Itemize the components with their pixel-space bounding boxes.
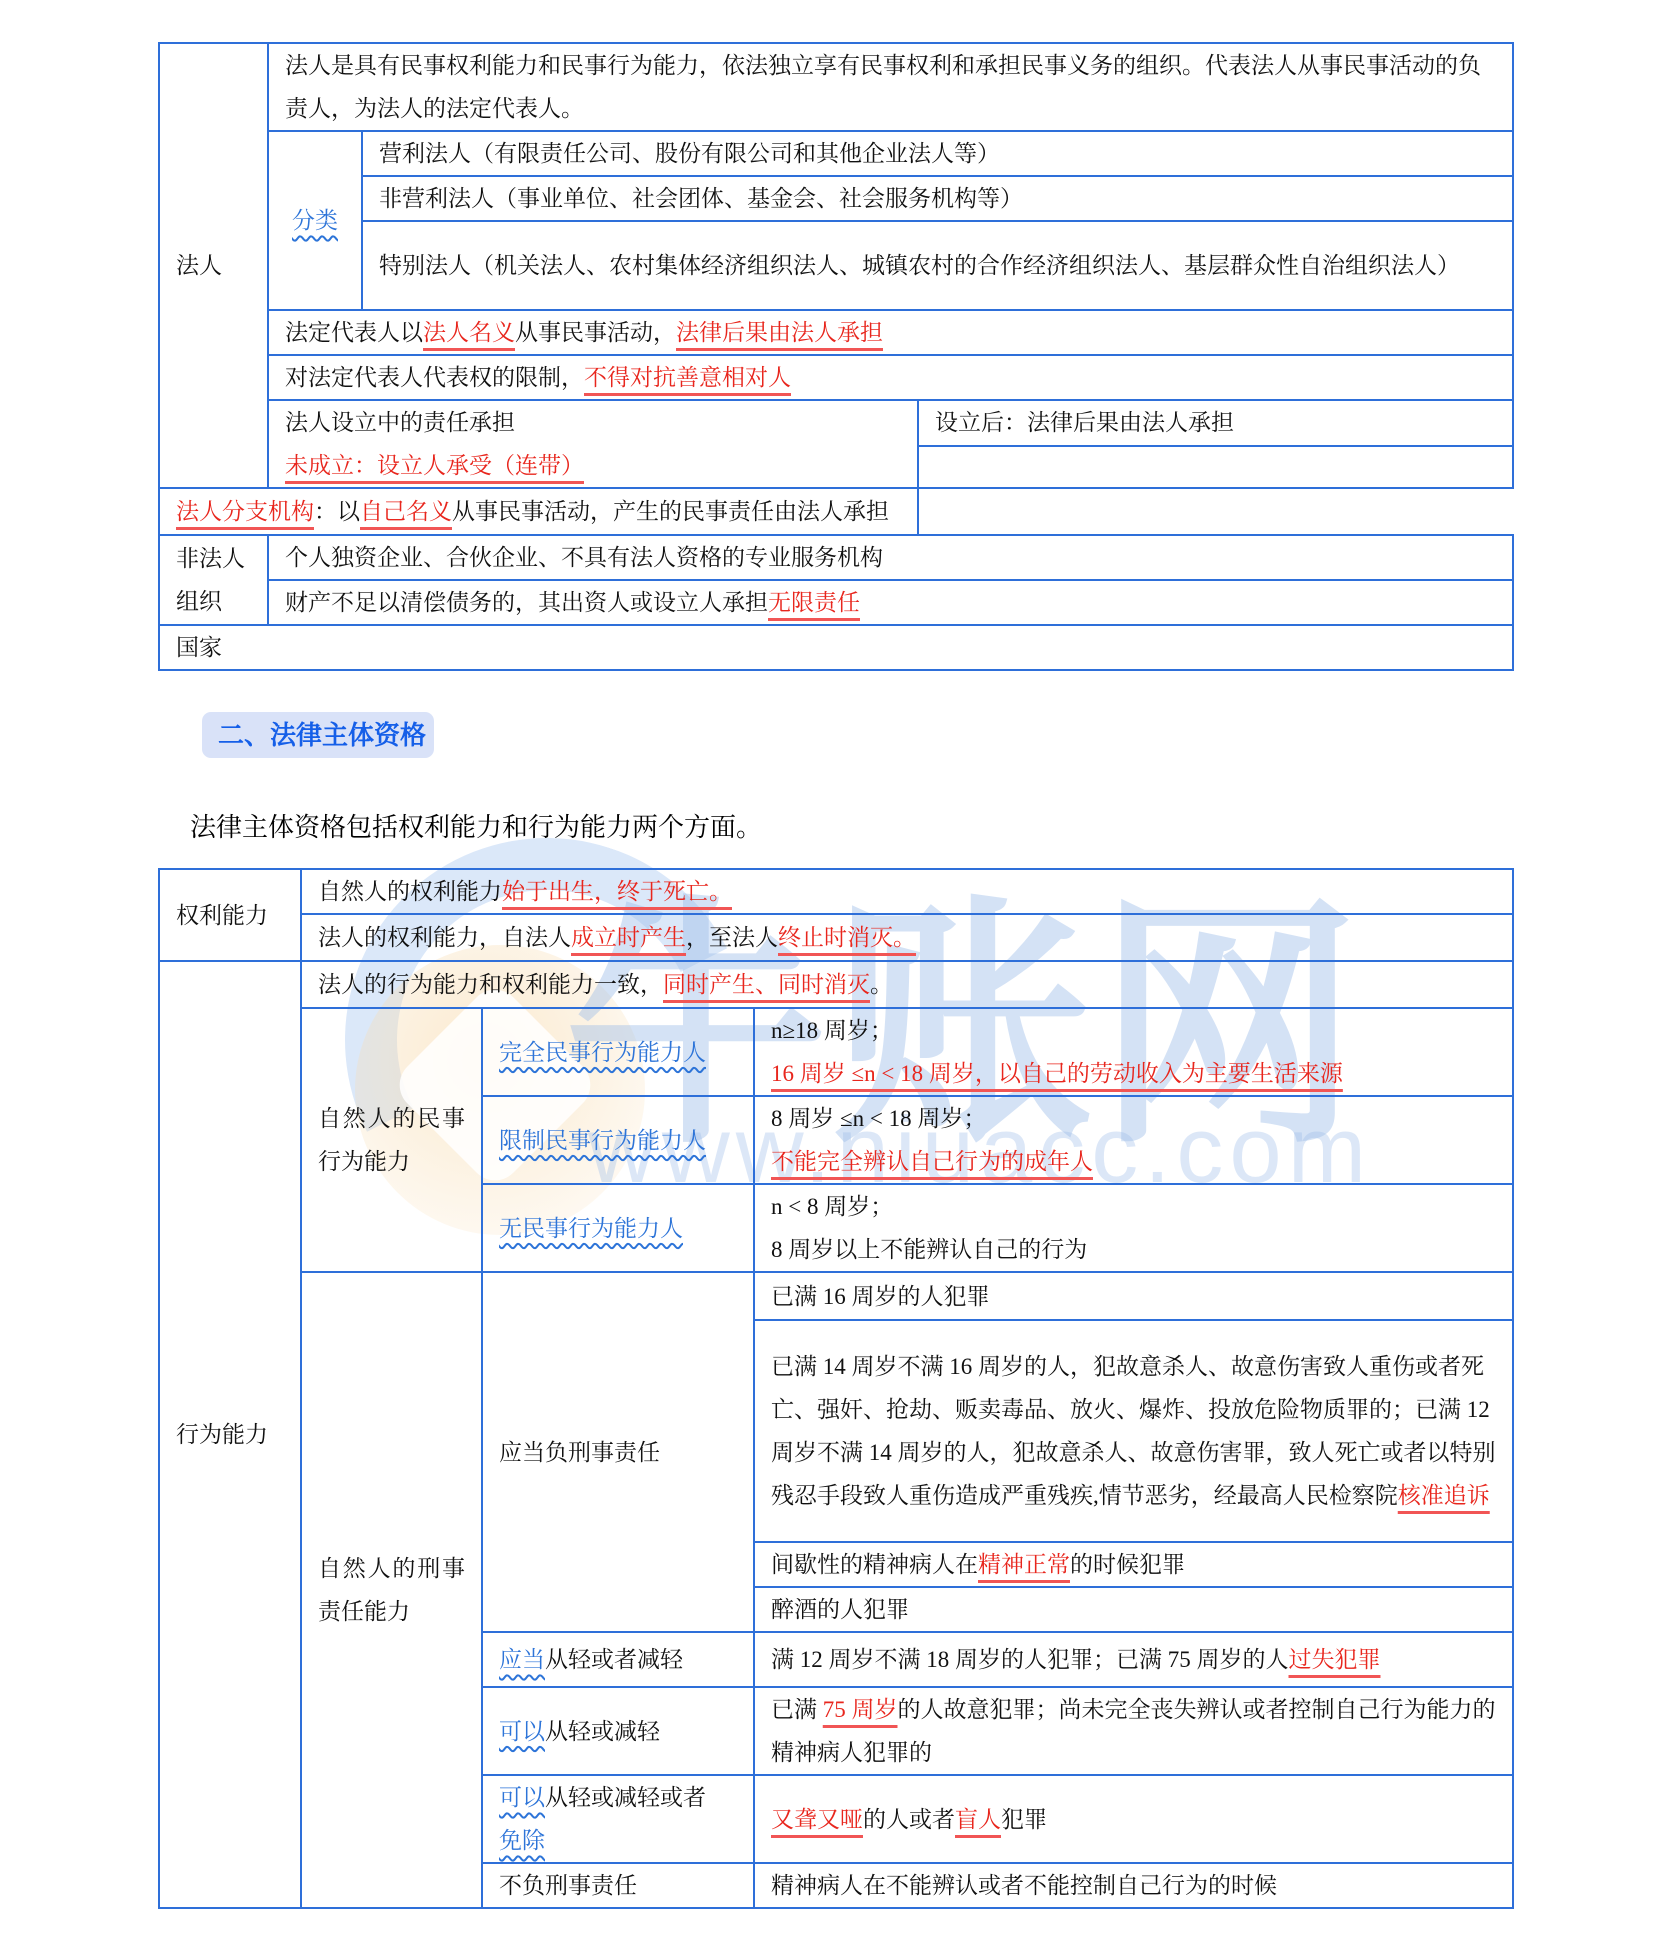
special-legal-person-cell: 特别法人（机关法人、农村集体经济组织法人、城镇农村的合作经济组织法人、基层群众性…: [362, 221, 1513, 310]
legal-person-conduct-cell: 法人的行为能力和权利能力一致，同时产生、同时消灭。: [301, 961, 1513, 1008]
crime-age14-cell: 已满 14 周岁不满 16 周岁的人，犯故意杀人、故意伤害致人重伤或者死亡、强奸…: [754, 1320, 1513, 1542]
section-title: 二、法律主体资格: [202, 712, 434, 758]
document-page: 牛账网 www.niuacc.com 法人 法人是具有民事权利能力和民事行为能力…: [0, 0, 1654, 1948]
branch-organization-cell: 法人分支机构：以自己名义从事民事活动，产生的民事责任由法人承担: [159, 488, 918, 535]
setup-empty-cell: [918, 446, 1513, 488]
limited-capacity-content-cell: 8 周岁 ≤n < 18 周岁；不能完全辨认自己行为的成年人: [754, 1096, 1513, 1184]
profit-legal-person-cell: 营利法人（有限责任公司、股份有限公司和其他企业法人等）: [362, 131, 1513, 176]
no-duty-label-cell: 不负刑事责任: [482, 1863, 754, 1908]
nonprofit-legal-person-cell: 非营利法人（事业单位、社会团体、基金会、社会服务机构等）: [362, 176, 1513, 221]
shall-mitigate-content-cell: 满 12 周岁不满 18 周岁的人犯罪；已满 75 周岁的人过失犯罪: [754, 1632, 1513, 1687]
natural-person-rights-cell: 自然人的权利能力始于出生，终于死亡。: [301, 869, 1513, 914]
may-mitigate-label-cell: 可以从轻或减轻: [482, 1687, 754, 1775]
after-setup-cell: 设立后：法律后果由法人承担: [918, 400, 1513, 446]
civil-conduct-label-cell: 自然人的民事行为能力: [301, 1008, 482, 1272]
row-label-unincorporated-org: 非法人组织: [159, 535, 268, 625]
may-exempt-content-cell: 又聋又哑的人或者盲人犯罪: [754, 1775, 1513, 1863]
drunk-crime-cell: 醉酒的人犯罪: [754, 1587, 1513, 1632]
row-label-legal-person: 法人: [159, 43, 268, 488]
no-capacity-content-cell: n < 8 周岁；8 周岁以上不能辨认自己的行为: [754, 1184, 1513, 1272]
unlimited-liability-cell: 财产不足以清偿债务的，其出资人或设立人承担无限责任: [268, 580, 1513, 625]
setup-liability-cell: 法人设立中的责任承担未成立：设立人承受（连带）: [268, 400, 918, 488]
limited-capacity-label-cell: 限制民事行为能力人: [482, 1096, 754, 1184]
intro-paragraph: 法律主体资格包括权利能力和行为能力两个方面。: [190, 806, 762, 850]
full-capacity-content-cell: n≥18 周岁；16 周岁 ≤n < 18 周岁，以自己的劳动收入为主要生活来源: [754, 1008, 1513, 1096]
intermittent-insanity-cell: 间歇性的精神病人在精神正常的时候犯罪: [754, 1542, 1513, 1587]
legal-person-definition-cell: 法人是具有民事权利能力和民事行为能力，依法独立享有民事权利和承担民事义务的组织。…: [268, 43, 1513, 131]
crime-age16-cell: 已满 16 周岁的人犯罪: [754, 1272, 1513, 1320]
shall-mitigate-label-cell: 应当从轻或者减轻: [482, 1632, 754, 1687]
may-mitigate-content-cell: 已满 75 周岁的人故意犯罪；尚未完全丧失辨认或者控制自己行为能力的精神病人犯罪…: [754, 1687, 1513, 1775]
row-label-state: 国家: [159, 625, 1513, 670]
classification-label-cell: 分类: [268, 131, 362, 310]
legal-entities-table: 法人 法人是具有民事权利能力和民事行为能力，依法独立享有民事权利和承担民事义务的…: [158, 42, 1514, 671]
may-exempt-label-cell: 可以从轻或减轻或者免除: [482, 1775, 754, 1863]
unincorporated-types-cell: 个人独资企业、合伙企业、不具有法人资格的专业服务机构: [268, 535, 1513, 580]
row-label-conduct-capacity: 行为能力: [159, 961, 301, 1908]
legal-capacity-table: 权利能力 自然人的权利能力始于出生，终于死亡。 法人的权利能力，自法人成立时产生…: [158, 868, 1514, 1909]
representative-limit-cell: 对法定代表人代表权的限制，不得对抗善意相对人: [268, 355, 1513, 400]
no-capacity-label-cell: 无民事行为能力人: [482, 1184, 754, 1272]
criminal-capacity-label-cell: 自然人的刑事责任能力: [301, 1272, 482, 1908]
criminal-duty-label-cell: 应当负刑事责任: [482, 1272, 754, 1632]
full-capacity-label-cell: 完全民事行为能力人: [482, 1008, 754, 1096]
no-duty-content-cell: 精神病人在不能辨认或者不能控制自己行为的时候: [754, 1863, 1513, 1908]
legal-representative-cell: 法定代表人以法人名义从事民事活动，法律后果由法人承担: [268, 310, 1513, 355]
legal-person-rights-cell: 法人的权利能力，自法人成立时产生，至法人终止时消灭。: [301, 914, 1513, 961]
row-label-rights-capacity: 权利能力: [159, 869, 301, 961]
